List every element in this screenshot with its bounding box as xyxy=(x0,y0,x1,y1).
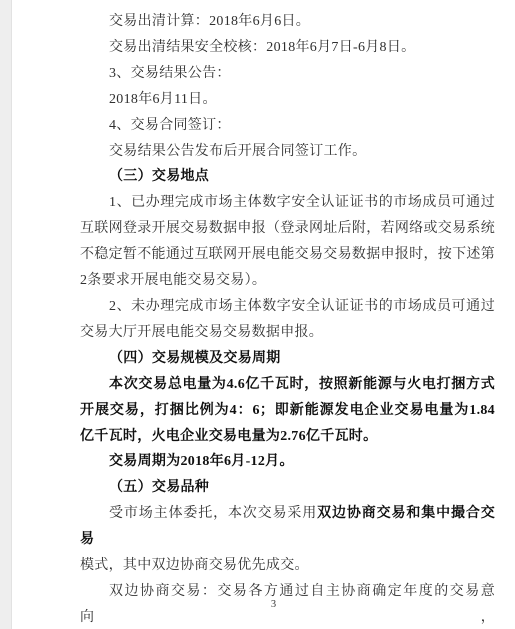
line-variety-2: 模式，其中双边协商交易优先成交。 xyxy=(80,553,495,579)
line-period: 交易周期为2018年6月-12月。 xyxy=(80,449,495,475)
document-page: 交易出清计算：2018年6月6日。交易出清结果安全校核：2018年6月7日-6月… xyxy=(11,0,515,629)
section-heading-5: （五）交易品种 xyxy=(80,475,495,501)
bold-text-run: 本次交易总电量为4.6亿千瓦时，按照新能源与火电打捆方式 xyxy=(109,377,495,392)
line-item2-start: 2、未办理完成市场主体数字安全认证证书的市场成员可通过 xyxy=(80,294,495,320)
bold-text-run: （五）交易品种 xyxy=(109,480,209,495)
line-clearing-check: 交易出清结果安全校核：2018年6月7日-6月8日。 xyxy=(80,35,495,61)
text-run: 互联网登录开展交易数据申报（登录网址后附，若网络或交易系统 xyxy=(80,221,495,236)
line-result-announce: 3、交易结果公告： xyxy=(80,61,495,87)
section-heading-4: （四）交易规模及交易周期 xyxy=(80,346,495,372)
line-contract-detail: 交易结果公告发布后开展合同签订工作。 xyxy=(80,139,495,165)
bold-text-run: 亿千瓦时，火电企业交易电量为2.76亿千瓦时。 xyxy=(80,429,377,444)
line-announce-date: 2018年6月11日。 xyxy=(80,87,495,113)
text-run: 3、交易结果公告： xyxy=(109,66,231,81)
text-run: 交易结果公告发布后开展合同签订工作。 xyxy=(109,144,366,159)
section-heading-3: （三）交易地点 xyxy=(80,164,495,190)
line-item1-cont3: 2条要求开展电能交易交易）。 xyxy=(80,268,495,294)
line-scale-3: 亿千瓦时，火电企业交易电量为2.76亿千瓦时。 xyxy=(80,424,495,450)
line-variety-1: 受市场主体委托，本次交易采用双边协商交易和集中撮合交易 xyxy=(80,501,495,553)
document-viewer: 交易出清计算：2018年6月6日。交易出清结果安全校核：2018年6月7日-6月… xyxy=(0,0,515,629)
text-run: 2、未办理完成市场主体数字安全认证证书的市场成员可通过 xyxy=(109,299,495,314)
bold-text-run: （三）交易地点 xyxy=(109,169,209,184)
line-scale-2: 开展交易，打捆比例为4：6；即新能源发电企业交易电量为1.84 xyxy=(80,398,495,424)
line-scale-1: 本次交易总电量为4.6亿千瓦时，按照新能源与火电打捆方式 xyxy=(80,372,495,398)
text-run: 模式，其中双边协商交易优先成交。 xyxy=(80,558,309,573)
document-body: 交易出清计算：2018年6月6日。交易出清结果安全校核：2018年6月7日-6月… xyxy=(80,9,495,629)
line-item1-start: 1、已办理完成市场主体数字安全认证证书的市场成员可通过 xyxy=(80,190,495,216)
text-run: 交易大厅开展电能交易交易数据申报。 xyxy=(80,325,323,340)
text-run: 交易出清结果安全校核：2018年6月7日-6月8日。 xyxy=(109,40,415,55)
line-item1-cont1: 互联网登录开展交易数据申报（登录网址后附，若网络或交易系统 xyxy=(80,216,495,242)
text-run: 1、已办理完成市场主体数字安全认证证书的市场成员可通过 xyxy=(109,195,495,210)
text-run: 2条要求开展电能交易交易）。 xyxy=(80,273,266,288)
text-run: 受市场主体委托，本次交易采用 xyxy=(109,506,317,521)
text-run: 不稳定暂不能通过互联网开展电能交易交易数据申报时，按下述第 xyxy=(80,247,495,262)
text-run: 4、交易合同签订： xyxy=(109,118,231,133)
bold-text-run: 交易周期为2018年6月-12月。 xyxy=(109,454,294,469)
line-contract-sign: 4、交易合同签订： xyxy=(80,113,495,139)
bold-text-run: （四）交易规模及交易周期 xyxy=(109,351,281,366)
text-run: 交易出清计算：2018年6月6日。 xyxy=(109,14,310,29)
line-item1-cont2: 不稳定暂不能通过互联网开展电能交易交易数据申报时，按下述第 xyxy=(80,242,495,268)
text-run: 2018年6月11日。 xyxy=(109,92,217,107)
page-number: 3 xyxy=(12,599,515,610)
line-clearing-calc: 交易出清计算：2018年6月6日。 xyxy=(80,9,495,35)
bold-text-run: 开展交易，打捆比例为4：6；即新能源发电企业交易电量为1.84 xyxy=(80,403,495,418)
line-item2-cont: 交易大厅开展电能交易交易数据申报。 xyxy=(80,320,495,346)
